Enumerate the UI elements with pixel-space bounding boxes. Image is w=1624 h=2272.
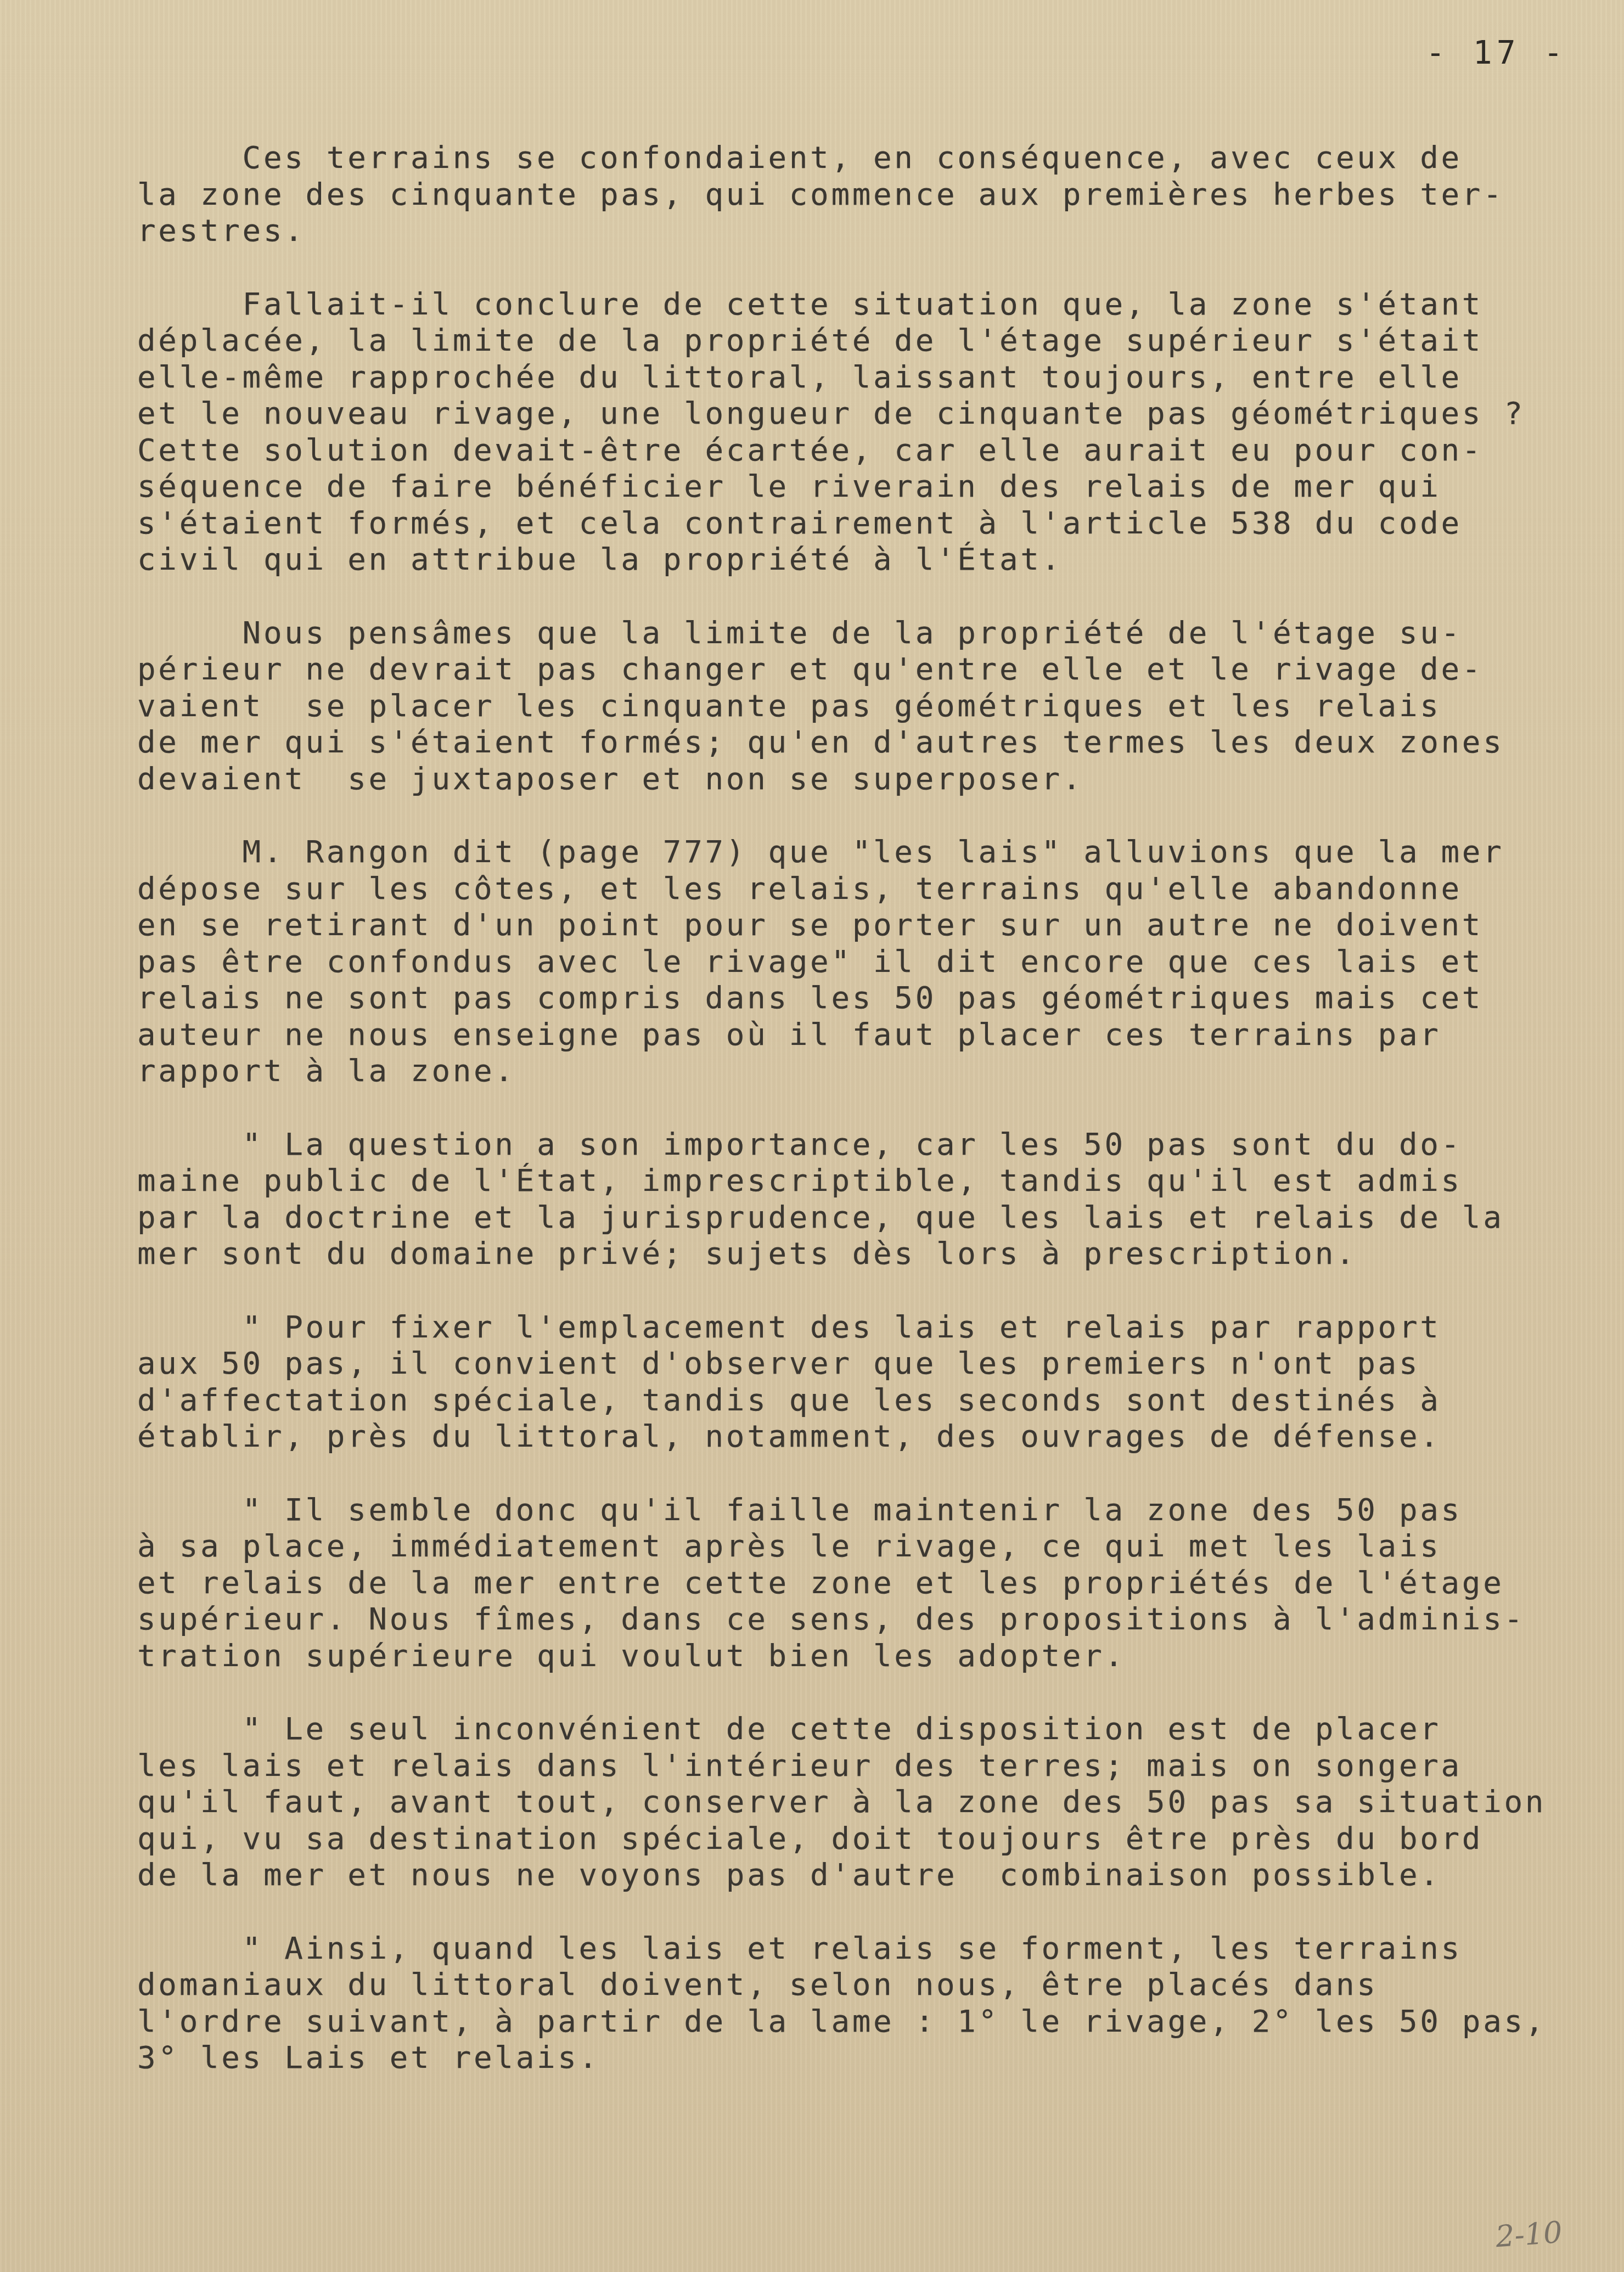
text-line: qu'il faut, avant tout, conserver à la z… (137, 1784, 1597, 1821)
text-line: restres. (137, 213, 1597, 250)
text-line: Nous pensâmes que la limite de la propri… (137, 615, 1597, 652)
page-number: - 17 - (1426, 34, 1567, 71)
text-line: auteur ne nous enseigne pas où il faut p… (137, 1017, 1597, 1054)
paragraph-1: Ces terrains se confondaient, en conséqu… (137, 140, 1597, 250)
text-line: " Le seul inconvénient de cette disposit… (137, 1711, 1597, 1748)
paragraph-6: " Pour fixer l'emplacement des lais et r… (137, 1309, 1597, 1455)
text-line: Cette solution devait-être écartée, car … (137, 432, 1597, 469)
text-line: par la doctrine et la jurisprudence, que… (137, 1200, 1597, 1236)
text-line: civil qui en attribue la propriété à l'É… (137, 542, 1597, 578)
text-line: " Ainsi, quand les lais et relais se for… (137, 1931, 1597, 1967)
text-line: vaient se placer les cinquante pas géomé… (137, 688, 1597, 725)
text-line: à sa place, immédiatement après le rivag… (137, 1528, 1597, 1565)
text-line: périeur ne devrait pas changer et qu'ent… (137, 651, 1597, 688)
text-line: 3° les Lais et relais. (137, 2040, 1597, 2077)
text-line: " La question a son importance, car les … (137, 1127, 1597, 1163)
text-line: rapport à la zone. (137, 1053, 1597, 1090)
paragraph-5: " La question a son importance, car les … (137, 1127, 1597, 1273)
text-line: domaniaux du littoral doivent, selon nou… (137, 1967, 1597, 2004)
text-line: les lais et relais dans l'intérieur des … (137, 1748, 1597, 1785)
text-line: " Il semble donc qu'il faille maintenir … (137, 1492, 1597, 1529)
text-line: déplacée, la limite de la propriété de l… (137, 323, 1597, 359)
text-line: maine public de l'État, imprescriptible,… (137, 1163, 1597, 1200)
text-line: elle-même rapprochée du littoral, laissa… (137, 359, 1597, 396)
text-line: Fallait-il conclure de cette situation q… (137, 286, 1597, 323)
paragraph-2: Fallait-il conclure de cette situation q… (137, 286, 1597, 578)
text-line: supérieur. Nous fîmes, dans ce sens, des… (137, 1601, 1597, 1638)
text-line: pas être confondus avec le rivage" il di… (137, 944, 1597, 981)
text-line: de mer qui s'étaient formés; qu'en d'aut… (137, 724, 1597, 761)
text-line: établir, près du littoral, notamment, de… (137, 1419, 1597, 1455)
text-line: mer sont du domaine privé; sujets dès lo… (137, 1236, 1597, 1273)
text-line: qui, vu sa destination spéciale, doit to… (137, 1821, 1597, 1858)
text-line: M. Rangon dit (page 777) que "les lais" … (137, 834, 1597, 871)
paragraph-8: " Le seul inconvénient de cette disposit… (137, 1711, 1597, 1894)
text-line: et relais de la mer entre cette zone et … (137, 1565, 1597, 1602)
text-line: " Pour fixer l'emplacement des lais et r… (137, 1309, 1597, 1346)
text-line: de la mer et nous ne voyons pas d'autre … (137, 1857, 1597, 1894)
paragraph-9: " Ainsi, quand les lais et relais se for… (137, 1931, 1597, 2077)
text-line: la zone des cinquante pas, qui commence … (137, 177, 1597, 213)
paragraph-3: Nous pensâmes que la limite de la propri… (137, 615, 1597, 798)
text-line: aux 50 pas, il convient d'observer que l… (137, 1346, 1597, 1382)
paragraph-7: " Il semble donc qu'il faille maintenir … (137, 1492, 1597, 1675)
paragraph-4: M. Rangon dit (page 777) que "les lais" … (137, 834, 1597, 1090)
document-body: Ces terrains se confondaient, en conséqu… (137, 140, 1597, 2113)
text-line: s'étaient formés, et cela contrairement … (137, 505, 1597, 542)
text-line: tration supérieure qui voulut bien les a… (137, 1638, 1597, 1675)
handwritten-archive-note: 2-10 (1494, 2215, 1563, 2254)
text-line: séquence de faire bénéficier le riverain… (137, 469, 1597, 505)
text-line: et le nouveau rivage, une longueur de ci… (137, 396, 1597, 432)
text-line: l'ordre suivant, à partir de la lame : 1… (137, 2004, 1597, 2040)
text-line: Ces terrains se confondaient, en conséqu… (137, 140, 1597, 177)
text-line: relais ne sont pas compris dans les 50 p… (137, 980, 1597, 1017)
text-line: devaient se juxtaposer et non se superpo… (137, 761, 1597, 798)
text-line: dépose sur les côtes, et les relais, ter… (137, 871, 1597, 908)
text-line: en se retirant d'un point pour se porter… (137, 907, 1597, 944)
text-line: d'affectation spéciale, tandis que les s… (137, 1382, 1597, 1419)
